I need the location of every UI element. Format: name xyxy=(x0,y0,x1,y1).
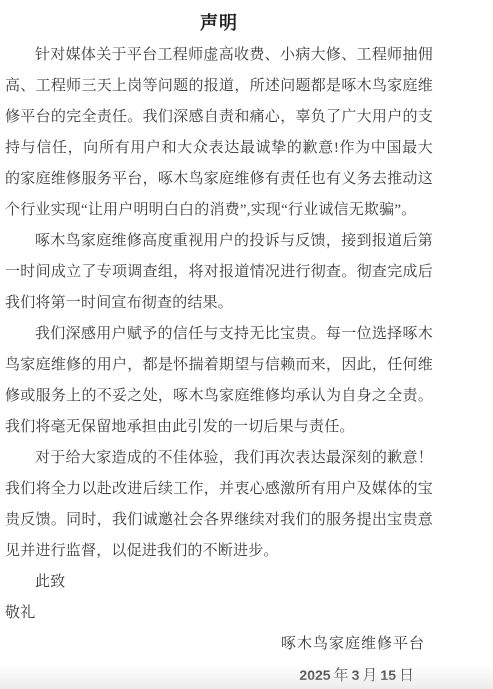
closing-salute: 此致 xyxy=(5,567,433,598)
paragraph-apology-improvement: 对于给大家造成的不佳体验，我们再次表达最深刻的歉意！我们将全力以赴改进后续工作，… xyxy=(5,443,433,567)
paragraph-responsibility: 我们深感用户赋予的信任与支持无比宝贵。每一位选择啄木鸟家庭维修的用户，都是怀揣着… xyxy=(5,319,433,443)
date-year: 2025 xyxy=(299,667,330,683)
signature-name: 啄木鸟家庭维修平台 xyxy=(5,629,433,660)
date-month-unit: 月 xyxy=(362,668,377,684)
closing-regards: 敬礼 xyxy=(5,598,433,629)
signature-date: 2025年3月15日 xyxy=(5,660,433,689)
document-title: 声明 xyxy=(5,7,433,40)
document-page: 声明 针对媒体关于平台工程师虚高收费、小病大修、工程师抽佣高、工程师三天上岗等问… xyxy=(0,0,493,689)
date-day-unit: 日 xyxy=(399,668,414,684)
date-day: 15 xyxy=(380,667,396,683)
paragraph-media-response: 针对媒体关于平台工程师虚高收费、小病大修、工程师抽佣高、工程师三天上岗等问题的报… xyxy=(5,40,433,226)
paragraph-investigation: 啄木鸟家庭维修高度重视用户的投诉与反馈，接到报道后第一时间成立了专项调查组，将对… xyxy=(5,226,433,319)
date-month: 3 xyxy=(352,667,360,683)
date-year-unit: 年 xyxy=(334,668,349,684)
